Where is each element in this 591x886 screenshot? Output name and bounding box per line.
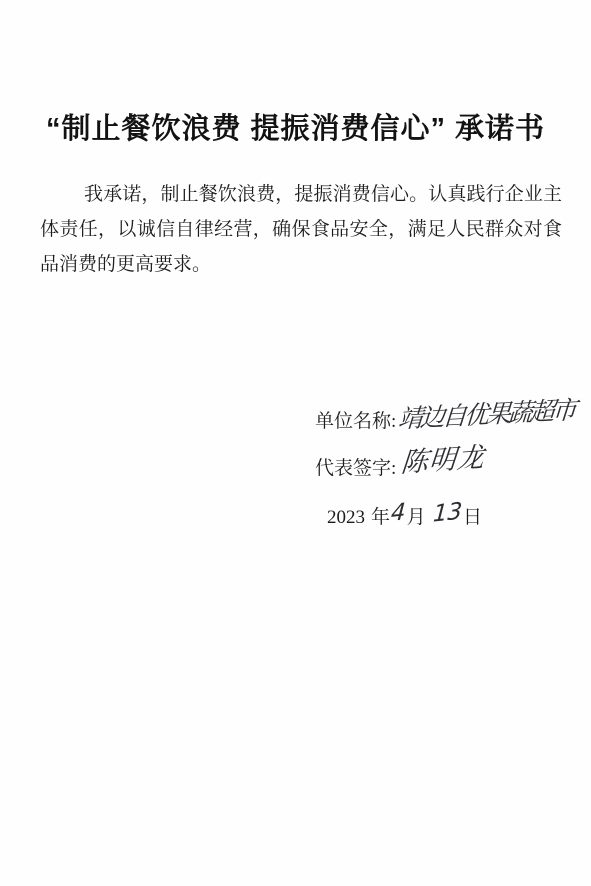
date-day-handwritten: 13	[432, 498, 463, 527]
unit-name-handwritten-signature: 靖边自优果蔬超市	[397, 397, 575, 432]
date-month-unit: 月	[407, 507, 426, 528]
commitment-body-paragraph: 我承诺，制止餐饮浪费，提振消费信心。认真践行企业主体责任，以诚信自律经营，确保食…	[40, 177, 562, 282]
representative-signature-line: 代表签字:陈明龙	[315, 453, 485, 483]
date-day-unit: 日	[463, 507, 482, 528]
representative-handwritten-signature: 陈明龙	[400, 445, 486, 477]
scanned-document-page: “制止餐饮浪费 提振消费信心” 承诺书 我承诺，制止餐饮浪费，提振消费信心。认真…	[0, 0, 591, 886]
date-month-handwritten: 4	[390, 499, 406, 527]
date-year-value: 2023	[327, 507, 365, 528]
date-line: 2023年4月13日	[327, 503, 482, 532]
unit-name-line: 单位名称:靖边自优果蔬超市	[315, 406, 574, 436]
unit-name-label: 单位名称:	[315, 411, 396, 432]
document-title: “制止餐饮浪费 提振消费信心” 承诺书	[0, 106, 591, 147]
date-year-unit: 年	[371, 507, 390, 528]
representative-label: 代表签字:	[315, 458, 396, 479]
